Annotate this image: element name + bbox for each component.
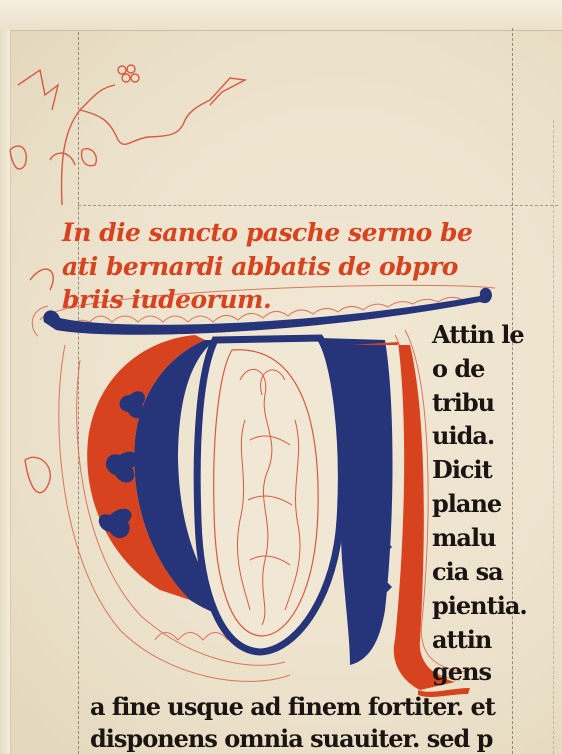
- text-line-11: gens: [432, 660, 491, 684]
- text-full-line-1: a fine usque ad finem fortiter. et: [90, 695, 495, 719]
- text-line-7: malu: [432, 526, 496, 550]
- text-line-8: cia sa: [432, 560, 503, 584]
- text-line-10: attin: [432, 628, 491, 652]
- text-line-2: o de: [432, 357, 484, 381]
- text-full-line-2: disponens omnia suauiter. sed p: [90, 727, 492, 751]
- text-line-4: uida.: [432, 424, 494, 448]
- text-line-3: tribu: [432, 391, 494, 415]
- text-line-5: Dicit: [432, 458, 492, 482]
- text-line-6: plane: [432, 492, 501, 516]
- rubric-line-3: briis iudeorum.: [62, 287, 271, 312]
- initial-letter-A: [43, 288, 492, 697]
- rubric-line-2: ati bernardi abbatis de obpro: [62, 254, 458, 279]
- rubric-line-1: In die sancto pasche sermo be: [62, 220, 472, 245]
- manuscript-page: In die sancto pasche sermo be ati bernar…: [0, 0, 562, 754]
- text-line-1: Attin le: [432, 323, 524, 347]
- text-line-9: pientia.: [432, 594, 527, 618]
